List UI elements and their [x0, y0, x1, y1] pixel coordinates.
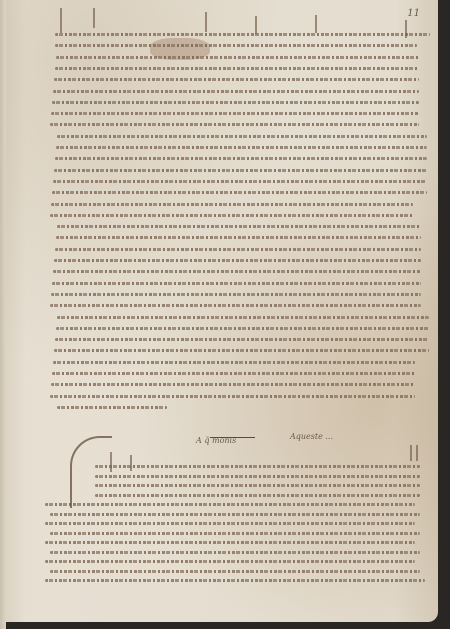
ascender-stroke — [315, 15, 317, 33]
ascender-stroke — [60, 8, 62, 33]
script-line — [50, 304, 421, 307]
script-line — [56, 56, 419, 59]
script-line — [52, 101, 419, 104]
script-line — [50, 395, 415, 398]
script-line — [50, 551, 420, 554]
script-line — [95, 475, 420, 478]
script-line — [45, 503, 415, 506]
script-line — [50, 214, 413, 217]
script-line — [52, 372, 415, 375]
script-line — [45, 579, 425, 582]
script-line — [53, 180, 427, 183]
script-line — [50, 570, 420, 573]
script-line — [51, 112, 419, 115]
ascender-stroke — [416, 445, 418, 461]
script-line — [50, 123, 419, 126]
script-line — [95, 494, 420, 497]
script-line — [54, 349, 429, 352]
ascender-stroke — [130, 455, 132, 471]
caption-left: A q̃ monis — [196, 436, 236, 445]
script-line — [95, 465, 420, 468]
script-line — [51, 203, 413, 206]
script-line — [55, 157, 427, 160]
script-line — [95, 484, 420, 487]
script-line — [51, 293, 421, 296]
ascender-stroke — [205, 12, 207, 32]
ascender-stroke — [410, 445, 412, 461]
script-line — [53, 361, 415, 364]
script-line — [54, 78, 419, 81]
script-line — [54, 169, 427, 172]
script-line — [55, 33, 430, 36]
ascender-stroke — [405, 20, 407, 38]
folio-number: 11 — [407, 8, 420, 19]
script-line — [50, 513, 420, 516]
script-line — [56, 236, 421, 239]
script-line — [57, 316, 429, 319]
script-line — [45, 522, 415, 525]
script-line — [54, 259, 421, 262]
script-line — [45, 541, 415, 544]
caption-right: Aqueste ... — [290, 432, 333, 441]
script-line — [55, 338, 429, 341]
page-edge — [0, 0, 6, 629]
script-line — [55, 67, 419, 70]
script-line — [57, 406, 167, 409]
ascender-stroke — [255, 16, 257, 34]
script-line — [50, 532, 420, 535]
script-line — [57, 225, 421, 228]
manuscript-page: 11 A q̃ monis Aqueste ... — [0, 0, 438, 622]
script-line — [55, 248, 421, 251]
script-line — [56, 327, 429, 330]
script-line — [55, 44, 417, 47]
script-line — [45, 560, 415, 563]
script-line — [56, 146, 427, 149]
script-line — [57, 135, 427, 138]
script-line — [53, 90, 419, 93]
ascender-stroke — [110, 452, 112, 472]
script-line — [51, 383, 415, 386]
script-line — [53, 270, 421, 273]
ascender-stroke — [93, 8, 95, 28]
script-line — [52, 282, 421, 285]
script-line — [52, 191, 427, 194]
decorated-initial — [70, 436, 112, 508]
